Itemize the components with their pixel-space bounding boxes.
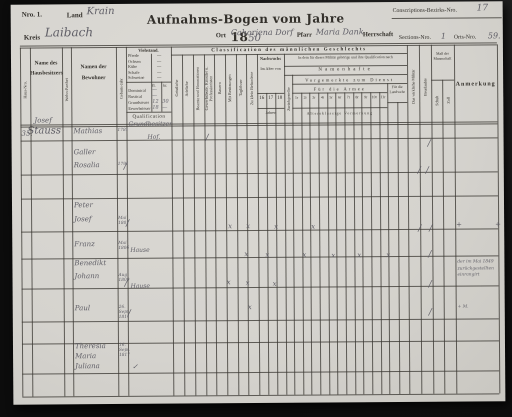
livestock-label: Pferde <box>128 53 139 58</box>
class-category-label: Beamte und Honoratioren <box>193 56 203 120</box>
tally-mark: x <box>248 303 252 311</box>
tally-mark: / <box>429 280 432 290</box>
inhabitant-name: Mathias <box>73 127 116 135</box>
inhabitant-name: Maria <box>75 352 118 360</box>
table-rule-vertical <box>442 80 445 394</box>
section-value: 1 <box>441 32 446 41</box>
inhabitant-name: Josef <box>74 215 117 223</box>
tally-mark: / <box>428 139 431 149</box>
class-category-label: Geistliche <box>171 57 181 121</box>
livestock-label: Schweine <box>128 75 144 80</box>
class-category-label: Adeliche <box>182 56 192 120</box>
column-owner: Name des Hausbesitzers <box>30 58 62 79</box>
service-armee: Für die Armee <box>292 85 387 93</box>
qualification-entry: Hause <box>131 283 150 290</box>
kreis-label: Kreis <box>24 34 40 42</box>
nachwuchs-title: Nachwuchs <box>257 55 284 61</box>
table-rule-horizontal <box>22 393 499 397</box>
livestock-label: Schafe <box>128 70 139 75</box>
tax-label: Grundsteuer <box>128 100 149 105</box>
tally-mark: / <box>428 250 431 260</box>
armee-class-label: 11r <box>379 95 388 99</box>
table-rule-horizontal <box>21 195 498 199</box>
armee-class-label: 9r <box>361 95 370 99</box>
tally-mark: + <box>456 221 462 229</box>
inhabitant-name: Theresia <box>75 342 118 350</box>
tally-mark: / <box>128 309 131 319</box>
tally-mark: / <box>206 133 209 143</box>
conscription-district-label: Conscriptions-Bezirks-Nro. <box>393 8 457 14</box>
inhabitant-name: Paul <box>75 304 118 312</box>
remark-note: der im Mai 1849 <box>457 259 493 264</box>
birth-date: 1806 <box>118 246 127 251</box>
tally-mark: x <box>273 280 277 288</box>
measure-title: Maß der Mannschaft <box>431 52 454 62</box>
tax-label: Erwerbsteuer <box>128 106 150 111</box>
tally-mark: / <box>426 166 429 176</box>
column-inhabitants: Namen der Bewohner <box>71 62 116 84</box>
table-rule-vertical <box>387 83 390 394</box>
tally-mark: x <box>357 251 361 259</box>
service-caption-bottom: Altersklassige Vormerkung <box>292 109 387 118</box>
tax-col-kr: kr. <box>163 83 167 88</box>
remark-note: einrangirt <box>457 272 479 277</box>
nachwuchs-subtitle: Im Alter von <box>258 66 283 72</box>
service-zurueckgestellte: Zurückgestellte <box>285 77 292 121</box>
tally-mark: + <box>495 220 501 228</box>
livestock-value: — <box>157 53 161 58</box>
nachwuchs-caption: Jahren <box>257 109 284 115</box>
tally-mark: / <box>429 308 432 318</box>
armee-class-label: 1r <box>292 96 301 100</box>
qualification-entry: Hof. <box>148 134 161 141</box>
tax-label: Rustical <box>128 94 142 99</box>
table-rule-horizontal <box>22 318 499 322</box>
armee-class-label: 3r <box>310 96 319 100</box>
tally-mark: x <box>274 223 278 231</box>
remark-note: + M. <box>458 305 469 310</box>
column-party: Wohn-Parthei <box>62 59 70 119</box>
tally-mark: x <box>246 222 250 230</box>
service-caption: In dem für dieses Militär gehörige und i… <box>287 55 404 61</box>
nachwuchs-year-label: 18 <box>275 96 284 101</box>
measure-schuh: Schuh <box>432 82 442 120</box>
armee-class-label: 8r <box>353 95 362 99</box>
inhabitant-name: Johann <box>74 272 117 280</box>
armee-class-label: 6r <box>335 95 344 99</box>
tally-mark: x <box>311 223 315 231</box>
tally-mark: / <box>418 166 421 176</box>
ort-label: Ort <box>216 32 226 39</box>
column-active-military: Das wirkliche Militär <box>407 55 418 119</box>
qualification-entry: Hause <box>130 247 149 254</box>
livestock-label: Kühe <box>128 64 137 69</box>
tax-value-kr: — <box>162 105 167 111</box>
column-beurlaubte: Beurlaubte <box>419 55 430 119</box>
tally-mark: / <box>418 224 421 234</box>
class-category-label: Bauern <box>214 56 224 120</box>
photo-backdrop: Nro. 1. Land Krain Aufnahms-Bogen vom Ja… <box>0 0 512 417</box>
owner-first-name: Josef <box>34 116 51 124</box>
class-category-label: Taglöhner <box>236 56 246 120</box>
service-namenhafte: Namenhafte <box>284 66 407 74</box>
tally-mark: x <box>244 250 248 258</box>
armee-class-label: 2r <box>301 96 310 100</box>
inhabitant-name: Benedikt <box>74 259 117 267</box>
birth-date: 1781 <box>117 128 126 133</box>
tally-mark: x <box>386 251 390 259</box>
orts-number-value: 59. <box>488 31 501 40</box>
armee-class-label: 4r <box>318 96 327 100</box>
tally-mark: x <box>331 251 335 259</box>
nachwuchs-year-label: 16 <box>257 96 266 101</box>
class-category-label: Zu klein Befundene <box>247 56 257 120</box>
column-birth-year: Geburts-Jahr <box>116 59 125 119</box>
pfarr-value: Maria Dank <box>316 27 364 36</box>
section-label: Sections-Nro. <box>399 35 431 41</box>
table-rule-horizontal <box>292 92 387 94</box>
measure-zoll: Zoll <box>443 82 454 120</box>
column-house-number: Haus-Nro. <box>20 60 29 120</box>
inhabitant-name: Rosalia <box>74 161 117 169</box>
qualification-entry: Grundbesitzer <box>128 121 172 128</box>
tally-mark: ✓ <box>132 363 138 371</box>
orts-number-label: Orts-Nro. <box>454 34 476 40</box>
tally-mark: x <box>246 279 250 287</box>
armee-class-label: 7r <box>344 95 353 99</box>
armee-class-label: 5r <box>327 95 336 99</box>
conscription-district-value: 17 <box>477 3 489 13</box>
table-rule-vertical <box>397 102 400 394</box>
land-label: Land <box>67 11 83 19</box>
table-rule-horizontal <box>392 17 502 19</box>
pfarr-label: Pfarr <box>297 32 312 39</box>
inhabitant-name: Franz <box>74 240 117 248</box>
inhabitant-name: Galler <box>74 148 117 156</box>
tally-mark: x <box>302 251 306 259</box>
scanned-census-photo: { "colors": {"paper": "#d5d3ce", "ink": … <box>0 0 512 417</box>
tally-mark: / <box>125 279 128 289</box>
livestock-value: — <box>157 58 161 63</box>
table-rule-horizontal <box>21 137 498 141</box>
table-rule-horizontal <box>431 80 454 81</box>
tally-mark: / <box>126 219 129 229</box>
armee-class-label: 10r <box>370 95 379 99</box>
kreis-value: Laibach <box>45 25 93 39</box>
tally-mark: / <box>124 162 127 172</box>
ort-value: Cahorjena Dorf <box>231 28 293 37</box>
remark-column-label: Anmerkung <box>454 80 497 88</box>
livestock-value: — <box>157 75 161 80</box>
herrschaft-label: Herrschaft <box>363 31 393 38</box>
tally-mark: x <box>265 251 269 259</box>
tax-label: Dominical <box>128 88 146 93</box>
table-rule-horizontal <box>22 370 499 374</box>
tally-mark: / <box>429 224 432 234</box>
table-rule-horizontal <box>257 93 284 94</box>
table-rule-horizontal <box>387 102 407 103</box>
tally-mark: x <box>228 222 232 230</box>
class-category-label: Mit Besitzungen <box>225 56 235 120</box>
inhabitant-name: Juliana <box>75 362 118 370</box>
document-sheet: Nro. 1. Land Krain Aufnahms-Bogen vom Ja… <box>11 1 506 404</box>
sheet-number: Nro. 1. <box>22 11 42 19</box>
birth-date: 1811 <box>119 315 128 320</box>
table-rule-horizontal <box>21 228 498 232</box>
table-rule-horizontal <box>257 108 284 109</box>
livestock-value: — <box>157 69 161 74</box>
inhabitant-name: Peter <box>74 201 117 209</box>
class-category-label: Gewerbsleute, Künstler u. Professioniste… <box>204 56 214 120</box>
table-rule-vertical <box>257 54 260 395</box>
land-value: Krain <box>87 6 115 17</box>
birth-date: 1817 <box>119 353 128 358</box>
table-rule-horizontal <box>22 285 499 289</box>
tally-mark: x <box>227 278 231 286</box>
landwehr-label: Für die Landwehr <box>388 85 406 95</box>
tax-value-fl: 18 <box>152 105 158 111</box>
livestock-value: — <box>157 64 161 69</box>
nachwuchs-year-label: 17 <box>266 96 275 101</box>
remark-note: zurückgestellten <box>457 266 493 271</box>
livestock-label: Ochsen <box>128 58 141 63</box>
